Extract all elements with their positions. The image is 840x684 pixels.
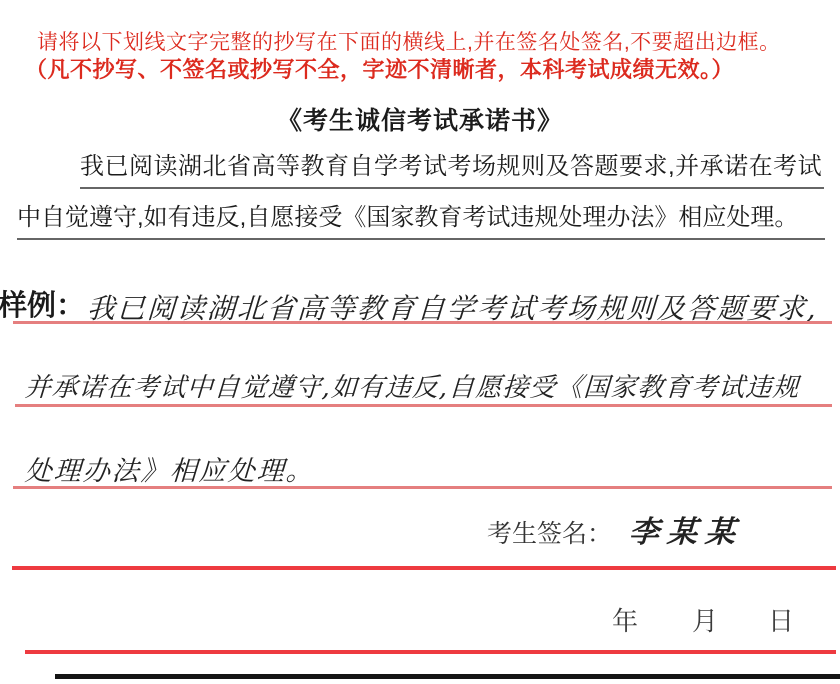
sample-handwriting-line-2: 并承诺在考试中自觉遵守,如有违反,自愿接受《国家教育考试违规 — [24, 367, 800, 404]
copy-ruled-line-1 — [13, 321, 832, 324]
copy-ruled-line-2 — [15, 404, 832, 407]
signature-ruled-line — [12, 566, 836, 570]
date-ruled-line — [25, 650, 836, 654]
sample-handwriting-line-3: 处理办法》相应处理。 — [24, 449, 316, 488]
penalty-warning-text: （凡不抄写、不签名或抄写不全，字迹不清晰者，本科考试成绩无效。） — [25, 53, 734, 84]
signature-name-handwritten: 李某某 — [628, 507, 744, 551]
page-bottom-edge-bar — [55, 674, 840, 679]
date-month-label: 月 — [692, 601, 718, 638]
exam-integrity-pledge-document: 请将以下划线文字完整的抄写在下面的横线上,并在签名处签名,不要超出边框。 （凡不… — [0, 0, 840, 684]
pledge-printed-line-1: 我已阅读湖北省高等教育自学考试考场规则及答题要求,并承诺在考试 — [80, 152, 824, 189]
date-day-label: 日 — [768, 601, 794, 638]
signature-label: 考生签名： — [487, 514, 612, 550]
pledge-printed-line-2: 中自觉遵守,如有违反,自愿接受《国家教育考试违规处理办法》相应处理。 — [17, 203, 825, 240]
sample-label: 样例： — [0, 283, 85, 324]
copy-ruled-line-3 — [13, 486, 832, 489]
copy-instruction-text: 请将以下划线文字完整的抄写在下面的横线上,并在签名处签名,不要超出边框。 — [37, 26, 781, 56]
date-year-label: 年 — [612, 601, 638, 638]
document-title: 《考生诚信考试承诺书》 — [0, 101, 840, 137]
